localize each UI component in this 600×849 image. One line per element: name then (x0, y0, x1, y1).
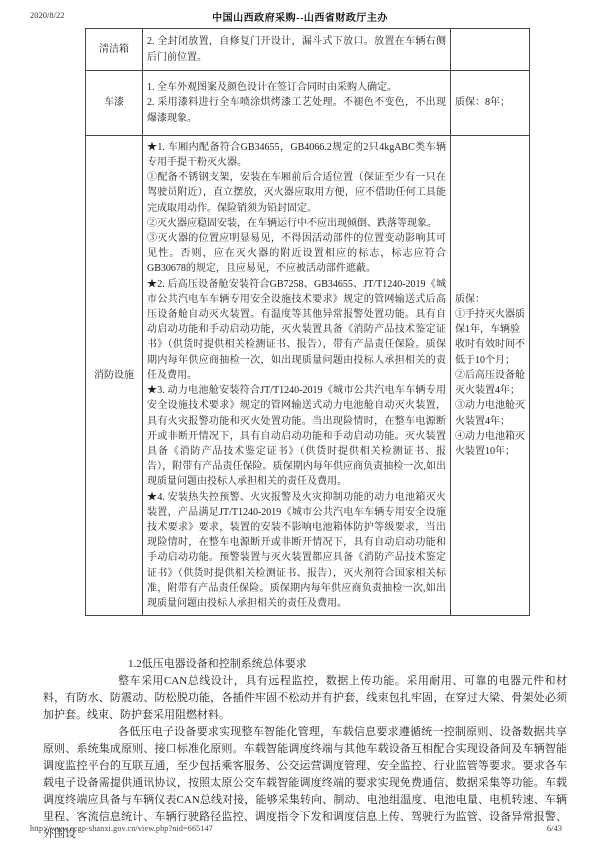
content-paragraph: ★3. 动力电池舱安装符合JT/T1240-2019《城市公共汽电车车辆专用安全… (147, 383, 446, 489)
row-label-paint: 车漆 (86, 71, 143, 136)
content-paragraph: 2. 全封闭放置，自修复门开设计，漏斗式下放口。放置在车辆右侧后门前位置。 (147, 34, 446, 64)
body-section: 1.2低压电器设备和控制系统总体要求 整车采用CAN总线设计，具有远程监控，数据… (43, 656, 567, 843)
row-content-paint: 1. 全车外观图案及颜色设计在签订合同时由采购人确定。 2. 采用漆料进行全车喷… (143, 71, 451, 136)
row-content-fire-equipment: ★1. 车厢内配备符合GB34655，GB4066.2规定的2只4kgABC类车… (143, 136, 451, 616)
warranty-line: 质保：8年； (455, 95, 525, 110)
page-number: 6/43 (547, 823, 562, 833)
content-paragraph: ③灭火器的位置应明显易见，不得因活动部件的位置变动影响其可见性。否则，应在灭火器… (147, 231, 446, 277)
row-content-cleaning-box: 2. 全封闭放置，自修复门开设计，漏斗式下放口。放置在车辆右侧后门前位置。 (143, 29, 451, 71)
content-paragraph: 1. 全车外观图案及颜色设计在签订合同时由采购人确定。 (147, 80, 446, 95)
body-paragraph: 整车采用CAN总线设计，具有远程监控，数据上传功能。采用耐用、可靠的电器元件和材… (43, 673, 567, 724)
warranty-line: ①手持灭火器质保1年，车辆验收时有效时间不低于10个月； (455, 307, 525, 368)
warranty-line: ②后高压设备舱灭火装置4年； (455, 368, 525, 398)
warranty-line: ④动力电池箱灭火装置10年； (455, 429, 525, 459)
document-page: 2020/8/22 中国山西政府采购--山西省财政厅主办 清洁箱 2. 全封闭放… (0, 0, 600, 849)
content-paragraph: ★1. 车厢内配备符合GB34655，GB4066.2规定的2只4kgABC类车… (147, 140, 446, 170)
row-warranty-fire-equipment: 质保： ①手持灭火器质保1年，车辆验收时有效时间不低于10个月； ②后高压设备舱… (451, 136, 530, 616)
section-heading: 1.2低压电器设备和控制系统总体要求 (128, 656, 567, 673)
content-paragraph: ★2. 后高压设备舱安装符合GB7258、GB34655、JT/T1240-20… (147, 277, 446, 383)
row-warranty-paint: 质保：8年； (451, 71, 530, 136)
page-title: 中国山西政府采购--山西省财政厅主办 (0, 9, 600, 24)
warranty-line: 质保： (455, 292, 525, 307)
content-paragraph: 2. 采用漆料进行全车喷涂烘烤漆工艺处理。不褪色不变色，不出现爆漆现象。 (147, 95, 446, 125)
table-row: 车漆 1. 全车外观图案及颜色设计在签订合同时由采购人确定。 2. 采用漆料进行… (86, 71, 530, 136)
content-paragraph: ①配备不锈钢支架，安装在车厢前后合适位置（保证至少有一只在驾驶员附近），直立摆放… (147, 170, 446, 216)
row-label-fire-equipment: 消防设施 (86, 136, 143, 616)
content-paragraph: ★4. 安装热失控预警、火灾报警及火灾抑制功能的动力电池箱灭火装置，产品满足JT… (147, 490, 446, 612)
content-paragraph: ②灭火器应稳固安装，在车辆运行中不应出现倾倒、跌落等现象。 (147, 216, 446, 231)
row-label-cleaning-box: 清洁箱 (86, 29, 143, 71)
row-warranty-cleaning-box (451, 29, 530, 71)
warranty-line: ③动力电池舱灭火装置4年； (455, 398, 525, 428)
table-row: 消防设施 ★1. 车厢内配备符合GB34655，GB4066.2规定的2只4kg… (86, 136, 530, 616)
spec-table: 清洁箱 2. 全封闭放置，自修复门开设计，漏斗式下放口。放置在车辆右侧后门前位置… (85, 28, 530, 616)
table-row: 清洁箱 2. 全封闭放置，自修复门开设计，漏斗式下放口。放置在车辆右侧后门前位置… (86, 29, 530, 71)
footer-url: http://www.ccgp-shanxi.gov.cn/view.php?n… (30, 824, 213, 833)
